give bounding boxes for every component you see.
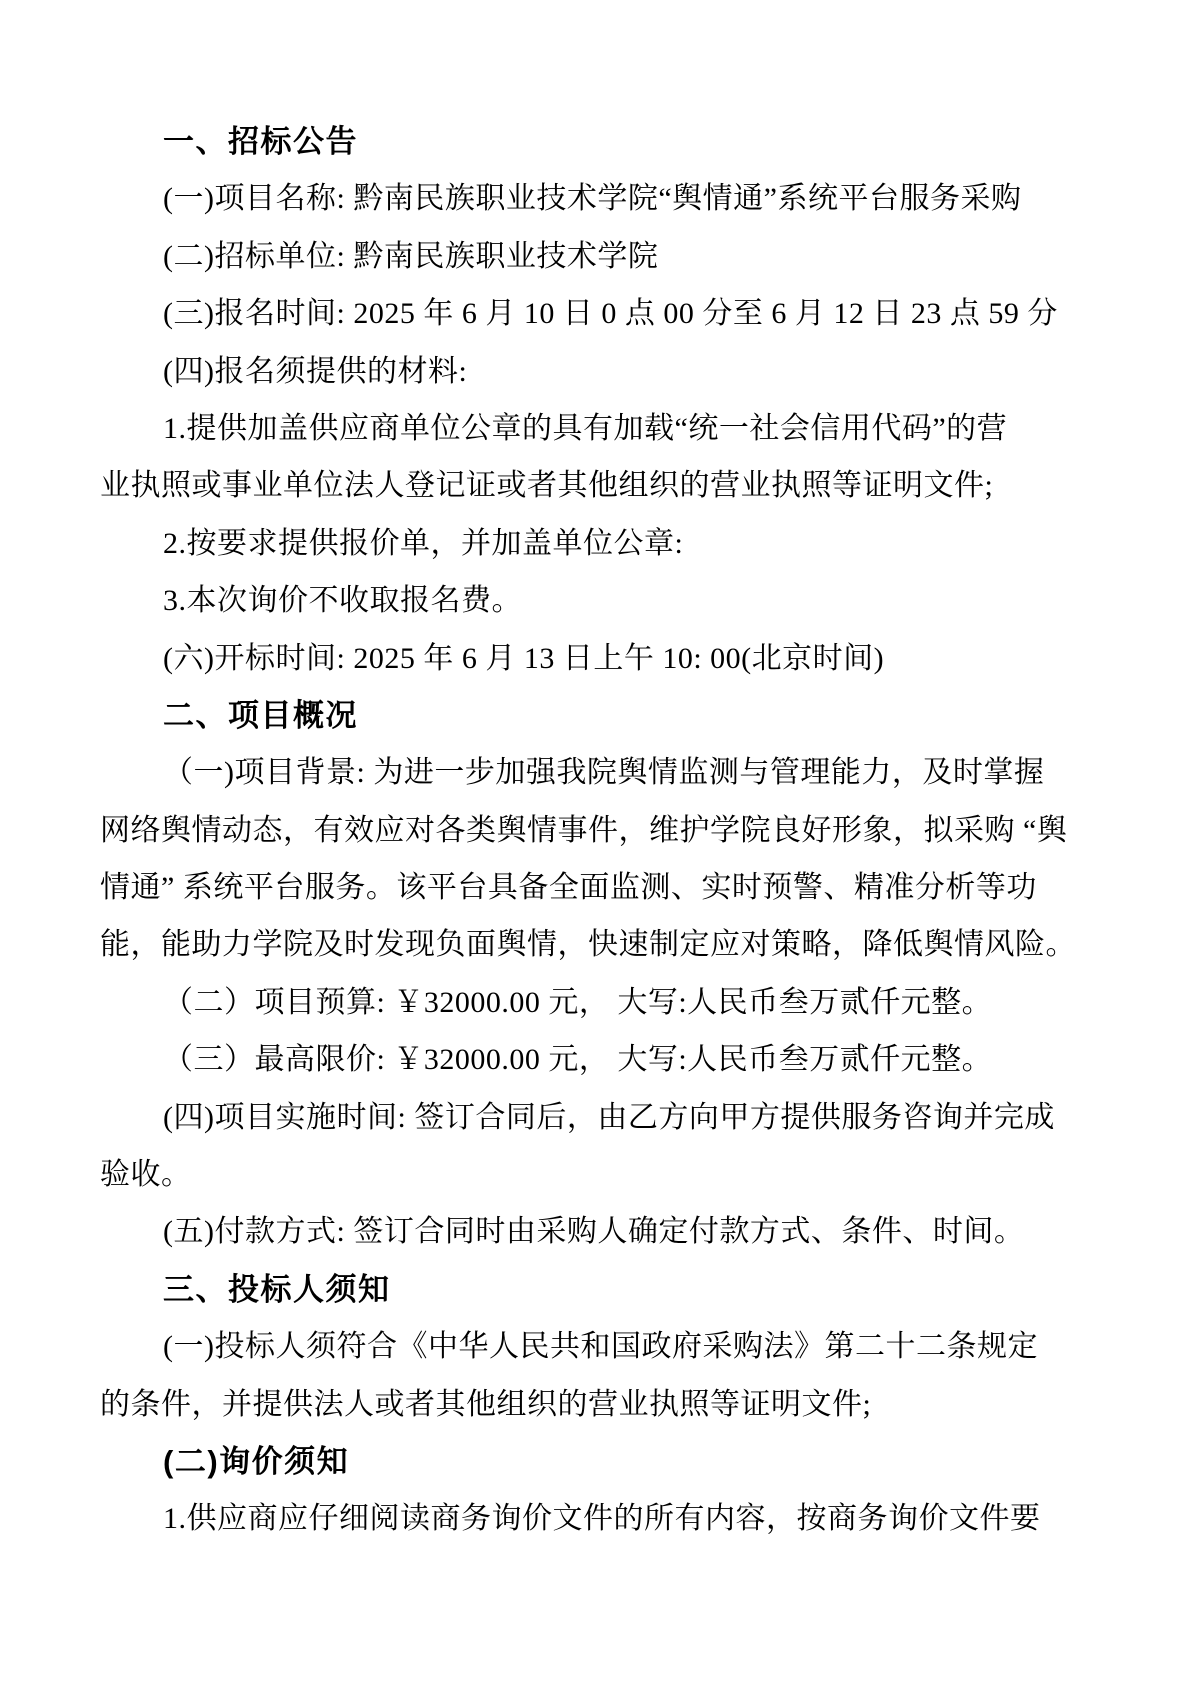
text-line: (三)报名时间: 2025 年 6 月 10 日 0 点 00 分至 6 月 1… bbox=[100, 285, 1092, 342]
text-line: (五)付款方式: 签订合同时由采购人确定付款方式、条件、时间。 bbox=[100, 1203, 1092, 1260]
text-line: 1.供应商应仔细阅读商务询价文件的所有内容，按商务询价文件要 bbox=[100, 1490, 1092, 1547]
text-line: 情通” 系统平台服务。该平台具备全面监测、实时预警、精准分析等功 bbox=[100, 859, 1092, 916]
text-line: (四)项目实施时间: 签订合同后，由乙方向甲方提供服务咨询并完成 bbox=[100, 1089, 1092, 1146]
text-line: 网络舆情动态，有效应对各类舆情事件，维护学院良好形象，拟采购 “舆 bbox=[100, 802, 1092, 859]
text-line: 2.按要求提供报价单，并加盖单位公章: bbox=[100, 515, 1092, 572]
text-line: 1.提供加盖供应商单位公章的具有加载“统一社会信用代码”的营 bbox=[100, 400, 1092, 457]
text-line: (一)项目名称: 黔南民族职业技术学院“舆情通”系统平台服务采购 bbox=[100, 170, 1092, 227]
text-line: （三）最高限价: ￥32000.00 元， 大写:人民币叁万贰仟元整。 bbox=[100, 1031, 1092, 1088]
text-line: （一)项目背景: 为进一步加强我院舆情监测与管理能力，及时掌握 bbox=[100, 744, 1092, 801]
document-body: 一、招标公告(一)项目名称: 黔南民族职业技术学院“舆情通”系统平台服务采购(二… bbox=[100, 113, 1092, 1548]
text-line: 验收。 bbox=[100, 1146, 1092, 1203]
section-heading: 三、投标人须知 bbox=[100, 1261, 1092, 1318]
section-heading: 二、项目概况 bbox=[100, 687, 1092, 744]
text-line: (四)报名须提供的材料: bbox=[100, 343, 1092, 400]
section-heading: (二)询价须知 bbox=[100, 1433, 1092, 1490]
text-line: 的条件，并提供法人或者其他组织的营业执照等证明文件; bbox=[100, 1376, 1092, 1433]
text-line: 业执照或事业单位法人登记证或者其他组织的营业执照等证明文件; bbox=[100, 457, 1092, 514]
text-line: 能，能助力学院及时发现负面舆情，快速制定应对策略，降低舆情风险。 bbox=[100, 916, 1092, 973]
text-line: (一)投标人须符合《中华人民共和国政府采购法》第二十二条规定 bbox=[100, 1318, 1092, 1375]
section-heading: 一、招标公告 bbox=[100, 113, 1092, 170]
text-line: (六)开标时间: 2025 年 6 月 13 日上午 10: 00(北京时间) bbox=[100, 630, 1092, 687]
text-line: 3.本次询价不收取报名费。 bbox=[100, 572, 1092, 629]
text-line: （二）项目预算: ￥32000.00 元， 大写:人民币叁万贰仟元整。 bbox=[100, 974, 1092, 1031]
text-line: (二)招标单位: 黔南民族职业技术学院 bbox=[100, 228, 1092, 285]
document-page: 一、招标公告(一)项目名称: 黔南民族职业技术学院“舆情通”系统平台服务采购(二… bbox=[0, 0, 1191, 1684]
